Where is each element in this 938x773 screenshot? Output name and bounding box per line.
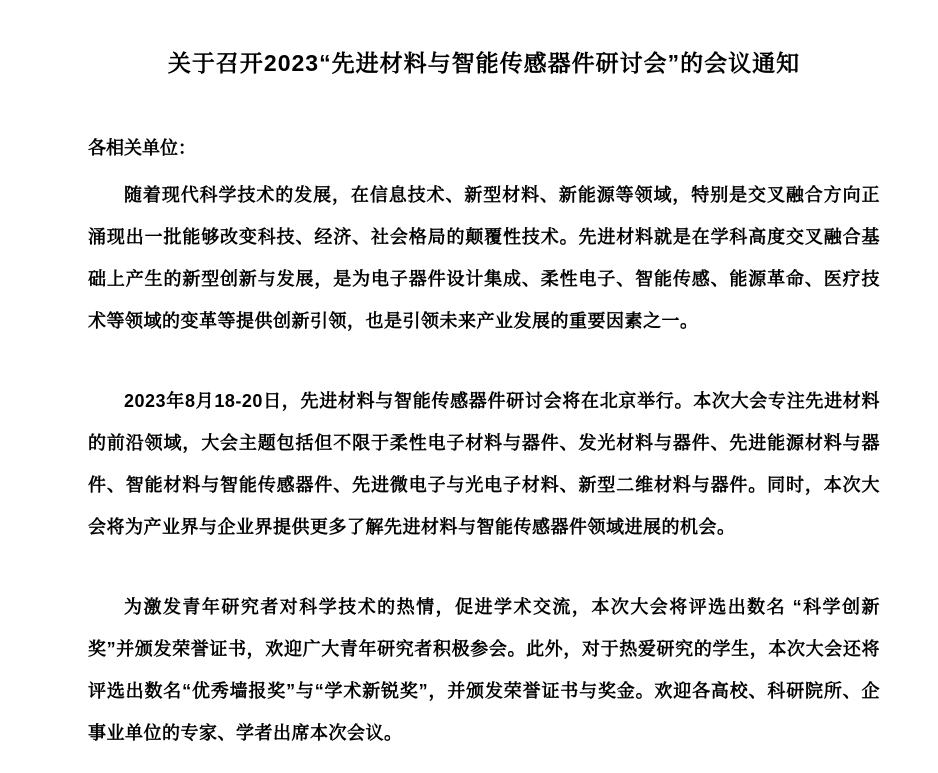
document-title: 关于召开2023“先进材料与智能传感器件研讨会”的会议通知 bbox=[88, 46, 880, 80]
salutation-line: 各相关单位： bbox=[88, 136, 880, 160]
paragraph-conference-info: 2023年8月18-20日，先进材料与智能传感器件研讨会将在北京举行。本次大会专… bbox=[88, 380, 880, 548]
paragraph-background: 随着现代科学技术的发展，在信息技术、新型材料、新能源等领域，特别是交叉融合方向正… bbox=[88, 174, 880, 342]
paragraph-awards-invitation: 为激发青年研究者对科学技术的热情，促进学术交流，本次大会将评选出数名 “科学创新… bbox=[88, 586, 880, 754]
document-page: 关于召开2023“先进材料与智能传感器件研讨会”的会议通知 各相关单位： 随着现… bbox=[0, 0, 938, 773]
